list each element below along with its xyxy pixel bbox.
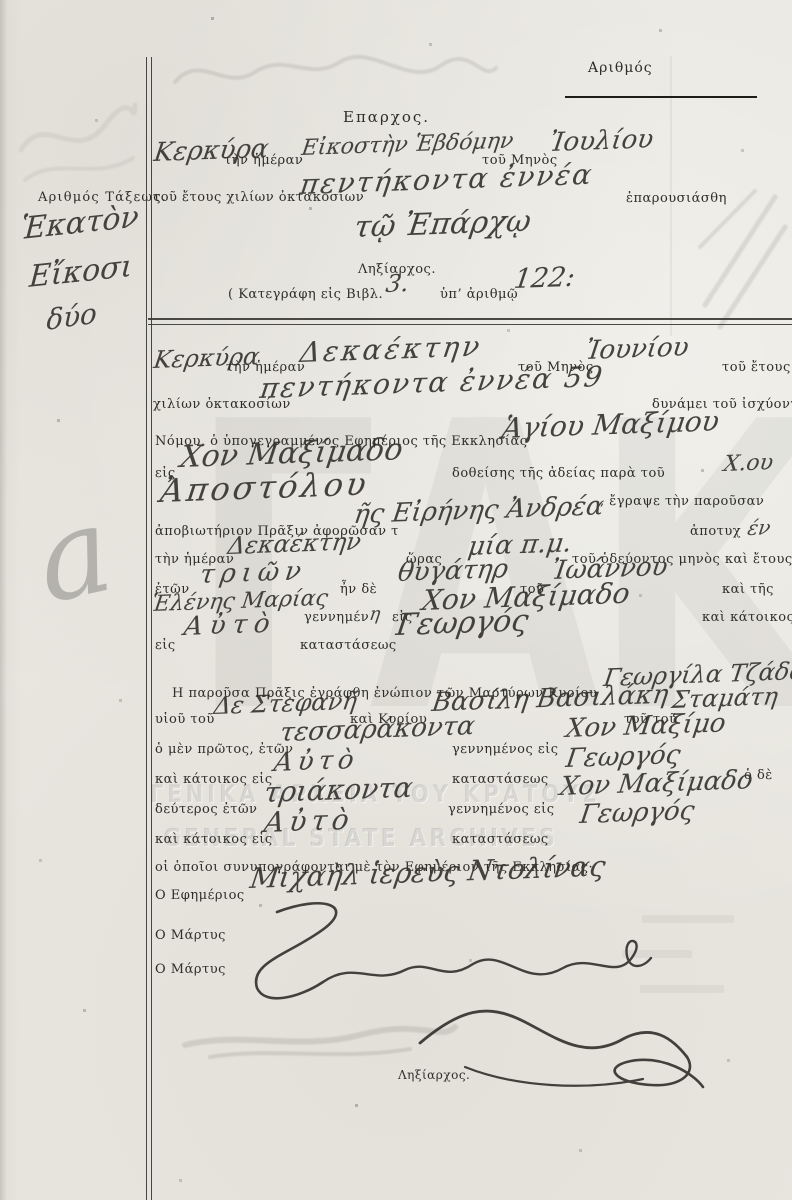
- form-text: καταστάσεως: [300, 638, 397, 653]
- entry-year-header: πεντήκοντα ἐννέα: [298, 158, 596, 201]
- bleedthrough-form-text: [642, 915, 734, 923]
- order-number-word-2: Εἴκοσι: [28, 249, 134, 295]
- form-text: καταστάσεως: [452, 772, 549, 787]
- form-text: γεννημέν: [304, 610, 369, 625]
- order-number-word-1: Ἑκατὸν: [20, 199, 140, 247]
- entry-abbr: Χ.ου: [722, 450, 775, 477]
- entry-suffix-ending: έν: [746, 515, 772, 540]
- form-text: υἱοῦ τοῦ: [155, 712, 215, 727]
- registrar-signature-flourish: [405, 995, 715, 1109]
- entry-witness1-birthplace: Χον Μαξίμο: [564, 708, 728, 744]
- entry-act-number: 122:: [512, 262, 577, 295]
- entry-grantor-name: Ἀποστόλου: [158, 465, 371, 510]
- paper-speckles: [0, 0, 1, 1]
- pencil-letter-mark: a: [24, 480, 123, 631]
- scanned-register-page: ΓΑΚ ΓΕΝΙΚΑ ΑΡΧΕΙΑ ΤΟΥ ΚΡΑΤΟΥΣ GENERAL ST…: [0, 0, 792, 1200]
- entry-book-number: 3.: [384, 269, 411, 298]
- bleedthrough-ink-right: [695, 185, 790, 335]
- form-text: εἰς: [155, 638, 176, 653]
- margin-column-rule: [146, 57, 152, 1200]
- eparchos-title: Επαρχος.: [343, 108, 430, 126]
- entry-residence: Αὐτὸ: [182, 609, 279, 642]
- form-text: καὶ κάτοικος: [702, 610, 792, 625]
- form-text: καὶ κάτοικος εἰς: [155, 772, 273, 787]
- form-text: ἦν δὲ: [340, 582, 377, 597]
- number-underline-rule: [565, 96, 757, 98]
- entry-witness2-occupation: Γεωργός: [578, 796, 696, 830]
- entry-official-header: τῷ Ἐπάρχῳ: [352, 204, 533, 245]
- form-text: ὁ μὲν πρῶτος, ἐτῶν: [155, 742, 293, 757]
- form-text: τοῦ ἔτους: [722, 360, 791, 375]
- form-text: δοθείσης τῆς ἀδείας παρὰ τοῦ: [452, 466, 665, 481]
- entry-death-day: Δεκαέκτην: [226, 527, 363, 560]
- order-number-word-3: δύο: [46, 296, 97, 337]
- form-text: ( Κατεγράφη εἰς Βιβλ.: [228, 287, 383, 302]
- form-text: δεύτερος ἐτῶν: [155, 802, 257, 817]
- entry-occupation: Γεωργός: [394, 603, 531, 643]
- entry-month-header: Ἰουλίου: [548, 124, 655, 158]
- registrar-label-footer: Ληξίαρχος.: [398, 1068, 470, 1082]
- form-text: , ἔγραψε τὴν παροῦσαν: [600, 494, 764, 509]
- number-label: Αριθμός: [588, 60, 653, 76]
- bleedthrough-ink-left: [15, 70, 140, 190]
- bleedthrough-ink-top: [170, 44, 500, 104]
- form-text: καὶ κάτοικος εἰς: [155, 832, 273, 847]
- form-text: καὶ τῆς: [722, 582, 774, 597]
- entry-day: Δεκαέκτην: [298, 329, 485, 369]
- witness2-label: Ο Μάρτυς: [155, 962, 226, 977]
- form-text: ἐπαρουσιάσθη: [626, 191, 727, 206]
- entry-age: τριῶν: [198, 556, 309, 590]
- entry-witness2-residence: Αὐτὸ: [262, 803, 356, 839]
- form-text: τὴν ἡμέραν: [224, 153, 303, 168]
- witness1-label: Ο Μάρτυς: [155, 928, 226, 943]
- form-text: γεννημένος εἰς: [448, 802, 555, 817]
- section-divider-rule: [148, 318, 792, 325]
- form-text: καταστάσεως: [452, 832, 549, 847]
- form-text: γεννημένος εἰς: [452, 742, 559, 757]
- form-text: ἀποτυχ: [690, 524, 741, 539]
- form-text: ὑπ’ ἀριθμῷ: [440, 287, 518, 302]
- priest-signature: Μιχαὴλ ἱερεὺς Ντολίνας: [248, 849, 608, 895]
